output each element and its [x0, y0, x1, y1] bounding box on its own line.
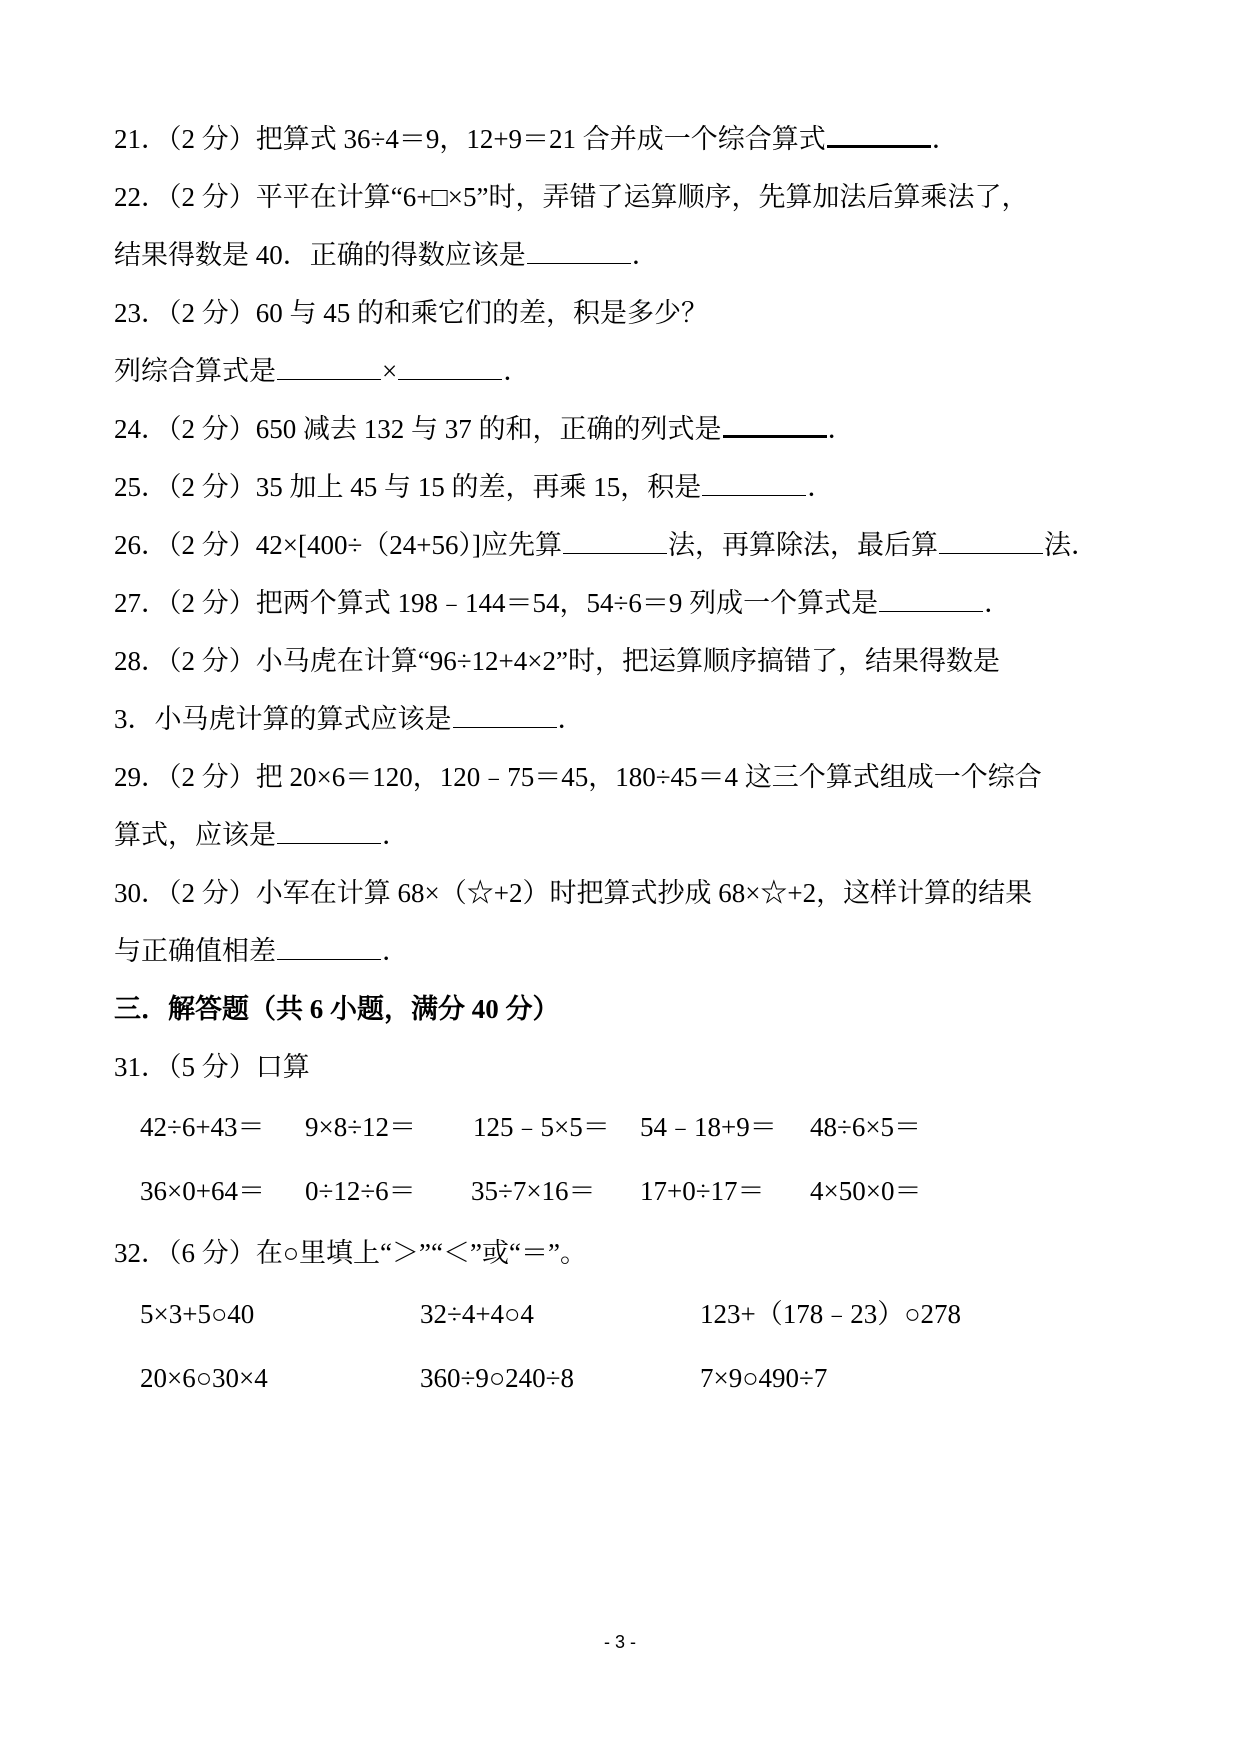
- answer-blank[interactable]: [879, 609, 983, 612]
- period: ．: [382, 936, 409, 966]
- question-30-line1: 30．（2 分）小军在计算 68×（☆+2）时把算式抄成 68×☆+2，这样计算…: [114, 876, 1032, 910]
- page-number: - 3 -: [0, 1632, 1240, 1653]
- section-heading: 三．解答题（共 6 小题，满分 40 分）: [114, 992, 560, 1026]
- mental-math-item: 0÷12÷6＝: [305, 1174, 416, 1208]
- mental-math-item: 9×8÷12＝: [305, 1110, 416, 1144]
- period: ．: [632, 240, 659, 270]
- mental-math-item: 17+0÷17＝: [640, 1174, 765, 1208]
- period: ．: [558, 704, 585, 734]
- period: ．: [828, 414, 855, 444]
- answer-blank[interactable]: [939, 551, 1043, 554]
- question-29-line1: 29．（2 分）把 20×6＝120，120﹣75＝45，180÷45＝4 这三…: [114, 760, 1042, 794]
- question-28-line2: 3．小马虎计算的算式应该是．: [114, 702, 585, 736]
- mental-math-item: 4×50×0＝: [810, 1174, 921, 1208]
- compare-item: 5×3+5○40: [140, 1297, 254, 1331]
- question-26-end: 法．: [1044, 530, 1098, 560]
- question-21: 21．（2 分）把算式 36÷4＝9，12+9＝21 合并成一个综合算式．: [114, 122, 959, 156]
- question-26: 26．（2 分）42×[400÷（24+56）]应先算法，再算除法，最后算法．: [114, 528, 1098, 562]
- compare-item: 123+（178﹣23）○278: [700, 1297, 961, 1331]
- answer-blank[interactable]: [527, 261, 631, 264]
- answer-blank[interactable]: [563, 551, 667, 554]
- question-22-line1: 22．（2 分）平平在计算“6+□×5”时，弄错了运算顺序，先算加法后算乘法了，: [114, 180, 1028, 214]
- times-sign: ×: [382, 356, 397, 386]
- answer-blank[interactable]: [702, 493, 806, 496]
- question-31-title: 31．（5 分）口算: [114, 1050, 310, 1084]
- question-26-mid: 法，再算除法，最后算: [668, 530, 938, 560]
- question-27: 27．（2 分）把两个算式 198﹣144＝54，54÷6＝9 列成一个算式是．: [114, 586, 1011, 620]
- question-30-text: 与正确值相差: [114, 936, 276, 966]
- answer-blank[interactable]: [277, 841, 381, 844]
- question-23-line2: 列综合算式是×．: [114, 354, 530, 388]
- period: ．: [807, 472, 834, 502]
- mental-math-item: 36×0+64＝: [140, 1174, 265, 1208]
- question-25: 25．（2 分）35 加上 45 与 15 的差，再乘 15，积是．: [114, 470, 834, 504]
- question-25-text: 25．（2 分）35 加上 45 与 15 的差，再乘 15，积是: [114, 472, 701, 502]
- compare-item: 7×9○490÷7: [700, 1361, 827, 1395]
- compare-item: 20×6○30×4: [140, 1361, 268, 1395]
- answer-blank[interactable]: [398, 377, 502, 380]
- answer-blank[interactable]: [723, 433, 827, 438]
- mental-math-item: 48÷6×5＝: [810, 1110, 921, 1144]
- question-22-text: 结果得数是 40．正确的得数应该是: [114, 240, 526, 270]
- question-26-text: 26．（2 分）42×[400÷（24+56）]应先算: [114, 530, 562, 560]
- question-23-line1: 23．（2 分）60 与 45 的和乘它们的差，积是多少？: [114, 296, 708, 330]
- answer-blank[interactable]: [277, 957, 381, 960]
- period: ．: [503, 356, 530, 386]
- question-22-line2: 结果得数是 40．正确的得数应该是．: [114, 238, 659, 272]
- question-29-line2: 算式，应该是．: [114, 818, 409, 852]
- compare-item: 32÷4+4○4: [420, 1297, 534, 1331]
- question-28-text: 3．小马虎计算的算式应该是: [114, 704, 452, 734]
- period: ．: [932, 124, 959, 154]
- question-24-text: 24．（2 分）650 减去 132 与 37 的和，正确的列式是: [114, 414, 722, 444]
- mental-math-item: 35÷7×16＝: [471, 1174, 596, 1208]
- question-27-text: 27．（2 分）把两个算式 198﹣144＝54，54÷6＝9 列成一个算式是: [114, 588, 878, 618]
- question-23-text: 列综合算式是: [114, 356, 276, 386]
- answer-blank[interactable]: [277, 377, 381, 380]
- answer-blank[interactable]: [827, 143, 931, 148]
- mental-math-item: 42÷6+43＝: [140, 1110, 265, 1144]
- question-29-text: 算式，应该是: [114, 820, 276, 850]
- compare-item: 360÷9○240÷8: [420, 1361, 574, 1395]
- mental-math-item: 54﹣18+9＝: [640, 1110, 777, 1144]
- mental-math-item: 125﹣5×5＝: [473, 1110, 610, 1144]
- question-28-line1: 28．（2 分）小马虎在计算“96÷12+4×2”时，把运算顺序搞错了，结果得数…: [114, 644, 1000, 678]
- question-32-title: 32．（6 分）在○里填上“＞”“＜”或“＝”。: [114, 1236, 587, 1270]
- period: ．: [984, 588, 1011, 618]
- question-21-text: 21．（2 分）把算式 36÷4＝9，12+9＝21 合并成一个综合算式: [114, 124, 826, 154]
- answer-blank[interactable]: [453, 725, 557, 728]
- period: ．: [382, 820, 409, 850]
- question-30-line2: 与正确值相差．: [114, 934, 409, 968]
- question-24: 24．（2 分）650 减去 132 与 37 的和，正确的列式是．: [114, 412, 855, 446]
